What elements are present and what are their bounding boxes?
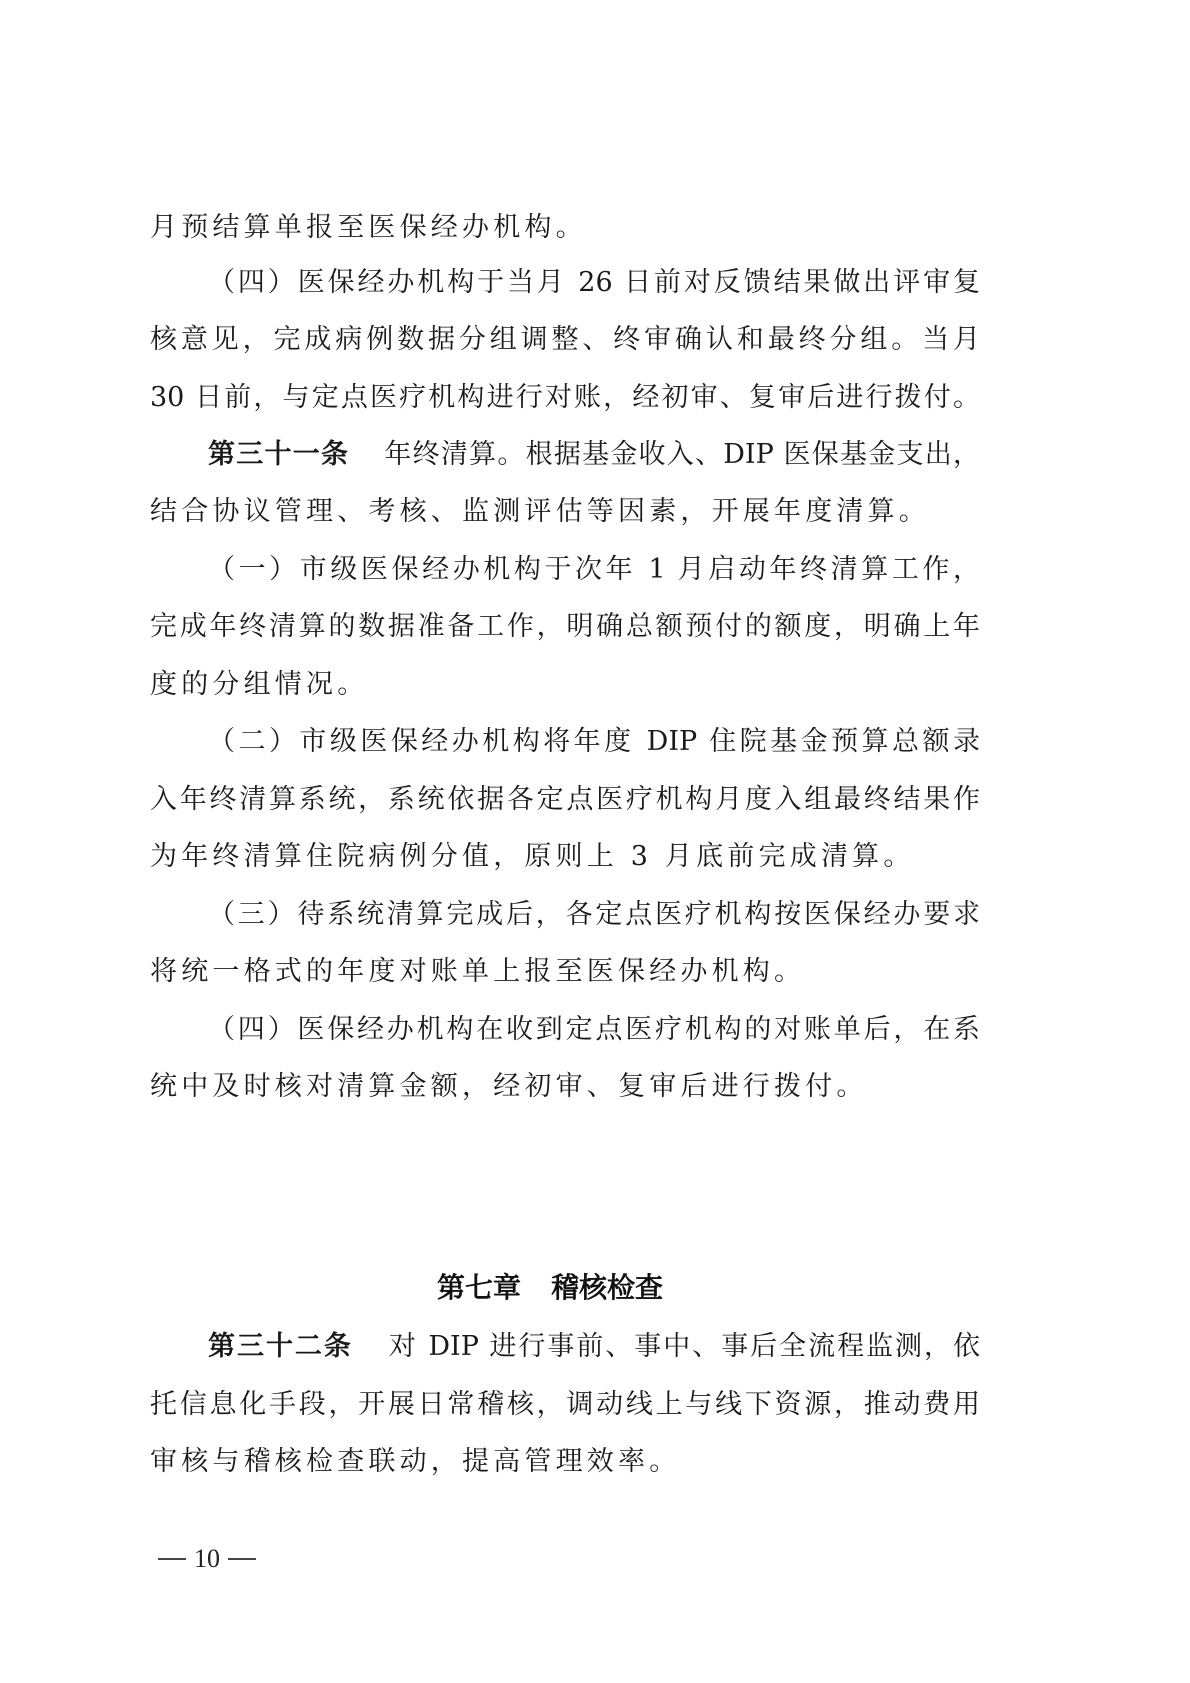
page-number: 10 — [158, 1542, 256, 1576]
paragraph-line: （一）市级医保经办机构于次年 1 月启动年终清算工作， — [208, 550, 980, 590]
paragraph-line: 为年终清算住院病例分值，原则上 3 月底前完成清算。 — [150, 837, 980, 877]
line-text: （四）医保经办机构在收到定点医疗机构的对账单后，在系 — [208, 1014, 980, 1045]
paragraph-line: （四）医保经办机构于当月 26 日前对反馈结果做出评审复 — [208, 263, 980, 303]
line-text: 入年终清算系统，系统依据各定点医疗机构月度入组最终结果作 — [150, 784, 980, 815]
article-line: 第三十二条对 DIP 进行事前、事中、事后全流程监测，依 — [208, 1327, 980, 1367]
line-text: （二）市级医保经办机构将年度 DIP 住院基金预算总额录 — [208, 726, 980, 757]
chapter-heading: 第七章稽核检查 — [0, 1268, 1100, 1308]
page-number-value: 10 — [194, 1542, 220, 1576]
document-page: 月预结算单报至医保经办机构。（四）医保经办机构于当月 26 日前对反馈结果做出评… — [0, 0, 1190, 1683]
line-text: 为年终清算住院病例分值，原则上 3 月底前完成清算。 — [150, 841, 915, 872]
chapter-number: 第七章 — [437, 1271, 521, 1304]
line-text: （四）医保经办机构于当月 26 日前对反馈结果做出评审复 — [208, 267, 980, 298]
paragraph-line: 度的分组情况。 — [150, 665, 980, 705]
article-line: 第三十一条年终清算。根据基金收入、DIP 医保基金支出， — [208, 435, 980, 475]
paragraph-line: 将统一格式的年度对账单上报至医保经办机构。 — [150, 952, 980, 992]
dash-left — [158, 1558, 186, 1560]
line-text: 托信息化手段，开展日常稽核，调动线上与线下资源，推动费用 — [150, 1389, 980, 1420]
article-number: 第三十一条 — [208, 439, 349, 470]
paragraph-line: 审核与稽核检查联动，提高管理效率。 — [150, 1442, 980, 1482]
line-text: 30 日前，与定点医疗机构进行对账，经初审、复审后进行拨付。 — [150, 382, 980, 413]
line-text: 审核与稽核检查联动，提高管理效率。 — [150, 1446, 680, 1477]
dash-right — [228, 1558, 256, 1560]
line-text: 结合协议管理、考核、监测评估等因素，开展年度清算。 — [150, 496, 930, 527]
paragraph-line: （三）待系统清算完成后，各定点医疗机构按医保经办要求 — [208, 895, 980, 935]
article-number: 第三十二条 — [208, 1331, 353, 1362]
chapter-title: 稽核检查 — [551, 1271, 663, 1304]
paragraph-line: 完成年终清算的数据准备工作，明确总额预付的额度，明确上年 — [150, 607, 980, 647]
paragraph-line: （四）医保经办机构在收到定点医疗机构的对账单后，在系 — [208, 1010, 980, 1050]
line-text: 将统一格式的年度对账单上报至医保经办机构。 — [150, 956, 805, 987]
paragraph-line: 入年终清算系统，系统依据各定点医疗机构月度入组最终结果作 — [150, 780, 980, 820]
line-text: 核意见，完成病例数据分组调整、终审确认和最终分组。当月 — [150, 324, 980, 355]
paragraph-line: 月预结算单报至医保经办机构。 — [150, 208, 980, 248]
paragraph-line: 核意见，完成病例数据分组调整、终审确认和最终分组。当月 — [150, 320, 980, 360]
line-text: 统中及时核对清算金额，经初审、复审后进行拨付。 — [150, 1071, 868, 1102]
paragraph-line: 托信息化手段，开展日常稽核，调动线上与线下资源，推动费用 — [150, 1385, 980, 1425]
line-text: （三）待系统清算完成后，各定点医疗机构按医保经办要求 — [208, 899, 980, 930]
line-text: 月预结算单报至医保经办机构。 — [150, 212, 587, 243]
paragraph-line: 30 日前，与定点医疗机构进行对账，经初审、复审后进行拨付。 — [150, 378, 980, 418]
line-text: 年终清算。根据基金收入、DIP 医保基金支出， — [383, 439, 980, 470]
paragraph-line: （二）市级医保经办机构将年度 DIP 住院基金预算总额录 — [208, 722, 980, 762]
line-text: 度的分组情况。 — [150, 669, 368, 700]
line-text: 对 DIP 进行事前、事中、事后全流程监测，依 — [387, 1331, 980, 1362]
line-text: （一）市级医保经办机构于次年 1 月启动年终清算工作， — [208, 554, 980, 585]
line-text: 完成年终清算的数据准备工作，明确总额预付的额度，明确上年 — [150, 611, 980, 642]
paragraph-line: 统中及时核对清算金额，经初审、复审后进行拨付。 — [150, 1067, 980, 1107]
paragraph-line: 结合协议管理、考核、监测评估等因素，开展年度清算。 — [150, 492, 980, 532]
